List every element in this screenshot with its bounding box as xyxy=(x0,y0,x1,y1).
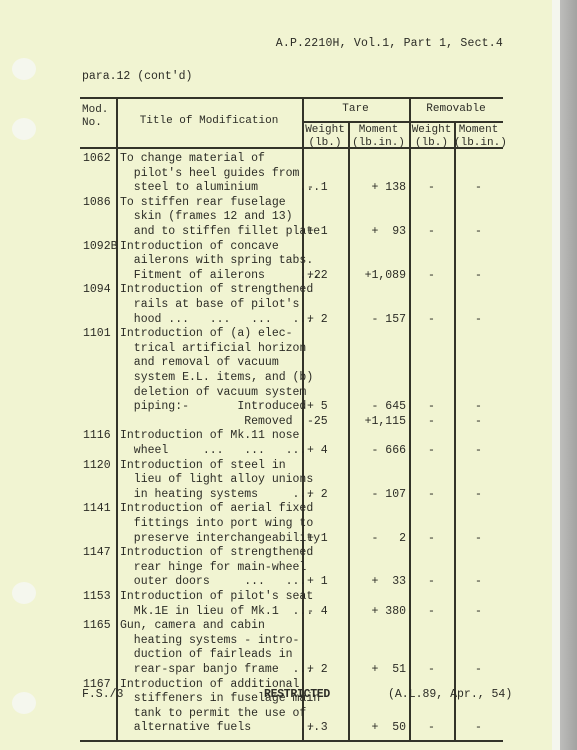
modification-title-line: hood ... ... ... ... xyxy=(120,313,313,328)
removable-weight: - xyxy=(409,605,454,620)
tare-moment: + 33 xyxy=(354,575,406,590)
modification-title-line: Introduction of strengthened xyxy=(120,283,313,298)
tare-moment: - 666 xyxy=(354,444,406,459)
mod-number: 1147 xyxy=(83,546,111,561)
tare-moment: +1,115 xyxy=(354,415,406,430)
modification-title-line: wheel ... ... ... xyxy=(120,444,306,459)
tare-weight: + 2 xyxy=(307,313,328,328)
removable-moment: - xyxy=(454,444,503,459)
modification-title-line: piping:- Introduced xyxy=(120,400,306,415)
removable-moment: - xyxy=(454,532,503,547)
tare-moment: - 157 xyxy=(354,313,406,328)
header-mod-no: Mod. No. xyxy=(82,104,108,129)
removable-weight: - xyxy=(409,488,454,503)
footer-amendment: (A.L.89, Apr., 54) xyxy=(388,688,512,701)
tare-moment: - 2 xyxy=(354,532,406,547)
modification-title-line: and to stiffen fillet plate xyxy=(120,225,320,240)
modification-title-line: Introduction of Mk.11 nose xyxy=(120,429,299,444)
tare-weight: -25 xyxy=(307,415,328,430)
header-sub-rule xyxy=(302,121,503,123)
document-reference: A.P.2210H, Vol.1, Part 1, Sect.4 xyxy=(276,37,503,50)
modification-title-line: Fitment of ailerons ... xyxy=(120,269,320,284)
header-title: Title of Modification xyxy=(116,115,302,128)
tare-moment: + 138 xyxy=(354,181,406,196)
tare-weight: + 2 xyxy=(307,488,328,503)
column-divider xyxy=(454,121,456,740)
modification-title-line: skin (frames 12 and 13) xyxy=(120,210,293,225)
tare-weight: - 4 xyxy=(307,605,328,620)
tare-moment: +1,089 xyxy=(354,269,406,284)
modification-title-line: rails at base of pilot's xyxy=(120,298,299,313)
modification-title-line: alternative fuels ... xyxy=(120,721,320,736)
mod-number: 1141 xyxy=(83,502,111,517)
modification-title-line: preserve interchangeability xyxy=(120,532,320,547)
punch-hole xyxy=(12,118,36,140)
tare-weight: + 2 xyxy=(307,663,328,678)
removable-moment: - xyxy=(454,575,503,590)
removable-weight: - xyxy=(409,225,454,240)
removable-moment: - xyxy=(454,663,503,678)
removable-weight: - xyxy=(409,721,454,736)
punch-hole xyxy=(12,582,36,604)
removable-weight: - xyxy=(409,415,454,430)
modification-title-line: heating systems - intro- xyxy=(120,634,299,649)
tare-weight: + 1 xyxy=(307,225,328,240)
modification-title-line: Introduction of aerial fixed xyxy=(120,502,313,517)
removable-weight: - xyxy=(409,532,454,547)
modification-title-line: rear hinge for main-wheel xyxy=(120,561,306,576)
table-top-rule xyxy=(80,97,503,99)
punch-hole xyxy=(12,58,36,80)
modification-title-line: steel to aluminium ... xyxy=(120,181,320,196)
footer-classification: RESTRICTED xyxy=(264,688,330,701)
removable-weight: - xyxy=(409,575,454,590)
removable-moment: - xyxy=(454,181,503,196)
removable-weight: - xyxy=(409,269,454,284)
header-tare: Tare xyxy=(302,103,409,116)
modification-title-line: Introduction of pilot's seat xyxy=(120,590,313,605)
modification-title-line: Introduction of steel in xyxy=(120,459,286,474)
tare-moment: + 51 xyxy=(354,663,406,678)
modification-title-line: To change material of xyxy=(120,152,265,167)
modification-title-line: system E.L. items, and (b) xyxy=(120,371,313,386)
removable-moment: - xyxy=(454,415,503,430)
modification-title-line: deletion of vacuum system xyxy=(120,386,306,401)
tare-moment: + 380 xyxy=(354,605,406,620)
tare-moment: + 93 xyxy=(354,225,406,240)
removable-moment: - xyxy=(454,721,503,736)
mod-number: 1165 xyxy=(83,619,111,634)
removable-moment: - xyxy=(454,488,503,503)
modification-title-line: and removal of vacuum xyxy=(120,356,279,371)
tare-weight: - 1 xyxy=(307,181,328,196)
tare-weight: + 1 xyxy=(307,575,328,590)
modification-title-line: ailerons with spring tabs. xyxy=(120,254,313,269)
header-bottom-rule xyxy=(80,147,503,149)
mod-number: 1120 xyxy=(83,459,111,474)
removable-moment: - xyxy=(454,269,503,284)
removable-weight: - xyxy=(409,313,454,328)
removable-weight: - xyxy=(409,400,454,415)
tare-weight: + 4 xyxy=(307,444,328,459)
tare-moment: - 107 xyxy=(354,488,406,503)
mod-number: 1094 xyxy=(83,283,111,298)
footer-form-number: F.S./3 xyxy=(82,688,123,701)
mod-number: 1116 xyxy=(83,429,111,444)
removable-weight: - xyxy=(409,663,454,678)
removable-weight: - xyxy=(409,444,454,459)
modification-title-line: fittings into port wing to xyxy=(120,517,313,532)
modification-title-line: Introduction of strengthened xyxy=(120,546,313,561)
tare-moment: + 50 xyxy=(354,721,406,736)
header-rem-weight: Weight (lb.) xyxy=(409,124,454,149)
removable-weight: - xyxy=(409,181,454,196)
modification-title-line: rear-spar banjo frame ... xyxy=(120,663,313,678)
page-edge xyxy=(552,0,560,750)
column-divider xyxy=(116,97,118,740)
mod-number: 1086 xyxy=(83,196,111,211)
modification-title-line: Removed xyxy=(120,415,293,430)
modification-title-line: To stiffen rear fuselage xyxy=(120,196,286,211)
removable-moment: - xyxy=(454,400,503,415)
paragraph-label: para.12 (cont'd) xyxy=(82,70,192,83)
column-divider xyxy=(348,121,350,740)
tare-weight: +22 xyxy=(307,269,328,284)
tare-moment: - 645 xyxy=(354,400,406,415)
modification-title-line: in heating systems ... xyxy=(120,488,313,503)
mod-number: 1153 xyxy=(83,590,111,605)
modification-title-line: Introduction of (a) elec- xyxy=(120,327,293,342)
punch-hole xyxy=(12,692,36,714)
modification-title-line: duction of fairleads in xyxy=(120,648,293,663)
modification-title-line: Introduction of concave xyxy=(120,240,279,255)
tare-weight: + 3 xyxy=(307,721,328,736)
modification-title-line: lieu of light alloy unions xyxy=(120,473,313,488)
removable-moment: - xyxy=(454,225,503,240)
scanner-background xyxy=(560,0,577,750)
modification-title-line: outer doors ... ... xyxy=(120,575,306,590)
header-removable: Removable xyxy=(409,103,503,116)
modification-title-line: pilot's heel guides from xyxy=(120,167,299,182)
modification-title-line: Gun, camera and cabin xyxy=(120,619,265,634)
header-tare-moment: Moment (lb.in.) xyxy=(348,124,409,149)
removable-moment: - xyxy=(454,313,503,328)
modification-title-line: Mk.1E in lieu of Mk.1 ... xyxy=(120,605,313,620)
header-tare-weight: Weight (lb.) xyxy=(302,124,348,149)
modification-title-line: tank to permit the use of xyxy=(120,707,306,722)
mod-number: 1101 xyxy=(83,327,111,342)
table-bottom-rule xyxy=(80,740,503,742)
mod-number: 1062 xyxy=(83,152,111,167)
modification-title-line: trical artificial horizon xyxy=(120,342,306,357)
removable-moment: - xyxy=(454,605,503,620)
mod-number: 1092B xyxy=(83,240,118,255)
tare-weight: + 5 xyxy=(307,400,328,415)
header-rem-moment: Moment (lb.in.) xyxy=(454,124,503,149)
tare-weight: + 1 xyxy=(307,532,328,547)
